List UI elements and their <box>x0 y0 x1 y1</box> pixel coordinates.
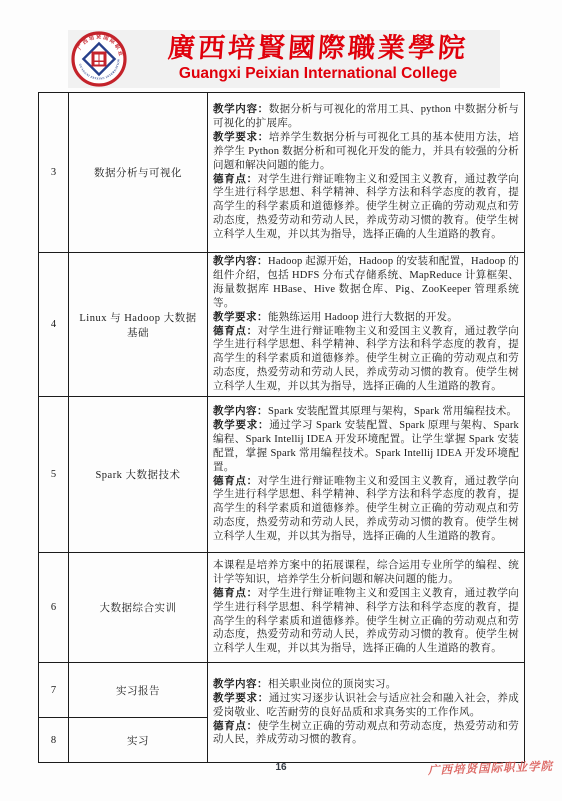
course-name: Spark 大数据技术 <box>69 397 208 553</box>
moral-education-para: 德育点：使学生树立正确的劳动观点和劳动态度，热爱劳动和劳动人民，养成劳动习惯的教… <box>213 720 519 748</box>
para-label: 德育点： <box>213 326 258 337</box>
college-name-chinese: 廣西培賢國際職業學院 <box>139 32 497 64</box>
college-seal-logo: 广西培贤国际职业学院 GUANGXI PEIXIAN INTERNATIONAL… <box>71 31 127 87</box>
college-header: 广西培贤国际职业学院 GUANGXI PEIXIAN INTERNATIONAL… <box>68 30 500 88</box>
para-text: 使学生树立正确的劳动观点和劳动态度，热爱劳动和劳动人民，养成劳动习惯的教育。 <box>213 721 519 746</box>
moral-education-para: 德育点：对学生进行辩证唯物主义和爱国主义教育，通过教学向学生进行科学思想、科学精… <box>213 475 519 545</box>
table-row-4: 4 Linux 与 Hadoop 大数据基础 教学内容：Hadoop 起源开始，… <box>39 253 525 397</box>
para-label: 德育点： <box>213 476 258 487</box>
course-table: 3 数据分析与可视化 教学内容：数据分析与可视化的常用工具、python 中数据… <box>38 92 525 763</box>
college-seal-icon: 广西培贤国际职业学院 GUANGXI PEIXIAN INTERNATIONAL… <box>71 31 127 87</box>
course-description: 教学内容：Hadoop 起源开始，Hadoop 的安装和配置，Hadoop 的组… <box>208 253 525 397</box>
para-text: Spark 安装配置其原理与架构，Spark 常用编程技术。 <box>268 406 517 417</box>
para-text: 对学生进行辩证唯物主义和爱国主义教育，通过教学向学生进行科学思想、科学精神、科学… <box>213 174 519 241</box>
row-number: 6 <box>39 553 69 663</box>
course-name: Linux 与 Hadoop 大数据基础 <box>69 253 208 397</box>
para-label: 德育点： <box>213 588 258 599</box>
course-description-merged: 教学内容：相关职业岗位的顶岗实习。 教学要求：通过实习逐步认识社会与适应社会和融… <box>208 663 525 763</box>
table-row-7: 7 实习报告 教学内容：相关职业岗位的顶岗实习。 教学要求：通过实习逐步认识社会… <box>39 663 525 718</box>
course-intro-para: 本课程是培养方案中的拓展课程，综合运用专业所学的编程、统计学等知识，培养学生分析… <box>213 559 519 587</box>
teaching-requirement-para: 教学要求：通过实习逐步认识社会与适应社会和融入社会，养成爱岗敬业、吃苦耐劳的良好… <box>213 692 519 720</box>
table-row-5: 5 Spark 大数据技术 教学内容：Spark 安装配置其原理与架构，Spar… <box>39 397 525 553</box>
college-titles: 廣西培賢國際職業學院 Guangxi Peixian International… <box>140 32 496 83</box>
document-page: 广西培贤国际职业学院 GUANGXI PEIXIAN INTERNATIONAL… <box>0 0 562 801</box>
para-text: 能熟练运用 Hadoop 进行大数据的开发。 <box>268 312 458 323</box>
course-description: 本课程是培养方案中的拓展课程，综合运用专业所学的编程、统计学等知识，培养学生分析… <box>208 553 525 663</box>
para-text: 对学生进行辩证唯物主义和爱国主义教育，通过教学向学生进行科学思想、科学精神、科学… <box>213 476 519 543</box>
teaching-content-para: 教学内容：Spark 安装配置其原理与架构，Spark 常用编程技术。 <box>213 405 519 419</box>
college-name-english: Guangxi Peixian International College <box>140 64 496 83</box>
row-number: 5 <box>39 397 69 553</box>
para-label: 教学要求： <box>213 693 269 704</box>
course-name: 大数据综合实训 <box>69 553 208 663</box>
course-name: 实习 <box>69 718 208 763</box>
teaching-requirement-para: 教学要求：能熟练运用 Hadoop 进行大数据的开发。 <box>213 311 519 325</box>
para-label: 教学内容： <box>213 406 268 417</box>
table-row-3: 3 数据分析与可视化 教学内容：数据分析与可视化的常用工具、python 中数据… <box>39 93 525 253</box>
moral-education-para: 德育点：对学生进行辩证唯物主义和爱国主义教育，通过教学向学生进行科学思想、科学精… <box>213 325 519 395</box>
course-description: 教学内容：数据分析与可视化的常用工具、python 中数据分析与可视化的扩展库。… <box>208 93 525 253</box>
course-name: 实习报告 <box>69 663 208 718</box>
teaching-content-para: 教学内容：相关职业岗位的顶岗实习。 <box>213 678 519 692</box>
para-label: 教学内容： <box>213 104 269 115</box>
para-label: 教学要求： <box>213 312 268 323</box>
para-text: 对学生进行辩证唯物主义和爱国主义教育，通过教学向学生进行科学思想、科学精神、科学… <box>213 588 519 655</box>
teaching-requirement-para: 教学要求：通过学习 Spark 安装配置、Spark 原理与架构、Spark 编… <box>213 419 519 475</box>
teaching-content-para: 教学内容：Hadoop 起源开始，Hadoop 的安装和配置，Hadoop 的组… <box>213 255 519 311</box>
para-label: 德育点： <box>213 721 258 732</box>
para-text: 相关职业岗位的顶岗实习。 <box>268 679 396 690</box>
seal-center-square <box>92 52 107 67</box>
row-number: 7 <box>39 663 69 718</box>
para-label: 教学内容： <box>213 256 268 267</box>
para-text: 本课程是培养方案中的拓展课程，综合运用专业所学的编程、统计学等知识，培养学生分析… <box>213 560 519 585</box>
para-label: 教学要求： <box>213 132 269 143</box>
row-number: 3 <box>39 93 69 253</box>
row-number: 4 <box>39 253 69 397</box>
teaching-requirement-para: 教学要求：培养学生数据分析与可视化工具的基本使用方法，培养学生 Python 数… <box>213 131 519 173</box>
college-watermark: 广西培贤国际职业学院 <box>428 758 553 778</box>
moral-education-para: 德育点：对学生进行辩证唯物主义和爱国主义教育，通过教学向学生进行科学思想、科学精… <box>213 587 519 657</box>
course-description: 教学内容：Spark 安装配置其原理与架构，Spark 常用编程技术。 教学要求… <box>208 397 525 553</box>
table-row-6: 6 大数据综合实训 本课程是培养方案中的拓展课程，综合运用专业所学的编程、统计学… <box>39 553 525 663</box>
row-number: 8 <box>39 718 69 763</box>
para-label: 教学内容： <box>213 679 268 690</box>
para-label: 教学要求： <box>213 420 269 431</box>
moral-education-para: 德育点：对学生进行辩证唯物主义和爱国主义教育，通过教学向学生进行科学思想、科学精… <box>213 173 519 243</box>
course-name: 数据分析与可视化 <box>69 93 208 253</box>
para-label: 德育点： <box>213 174 258 185</box>
teaching-content-para: 教学内容：数据分析与可视化的常用工具、python 中数据分析与可视化的扩展库。 <box>213 103 519 131</box>
para-text: 对学生进行辩证唯物主义和爱国主义教育，通过教学向学生进行科学思想、科学精神、科学… <box>213 326 519 393</box>
